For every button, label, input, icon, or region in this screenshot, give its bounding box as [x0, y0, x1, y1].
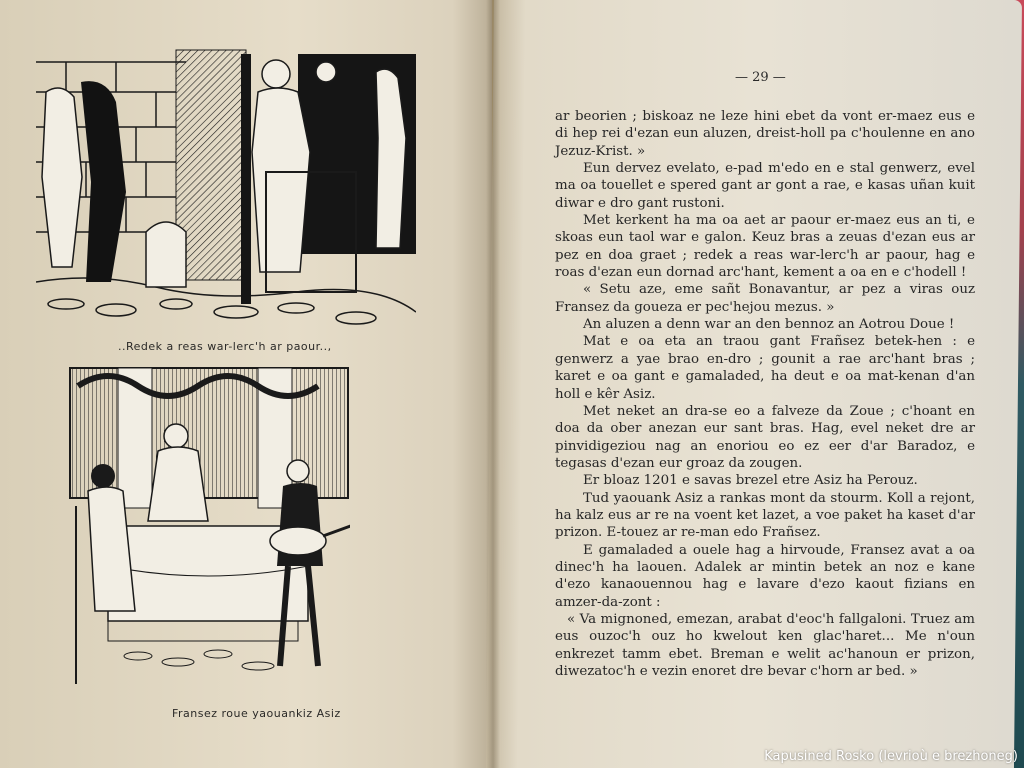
page-number: — 29 —: [735, 70, 786, 85]
paragraph: ar beorien ; biskoaz ne leze hini ebet d…: [555, 108, 975, 160]
paragraph: Tud yaouank Asiz a rankas mont da stourm…: [555, 490, 975, 542]
paragraph: An aluzen a denn war an den bennoz an Ao…: [555, 316, 975, 333]
paragraph: Mat e oa eta an traou gant Frañsez betek…: [555, 333, 975, 402]
illustration-feast-scene: [68, 366, 350, 684]
paragraph: Er bloaz 1201 e savas brezel etre Asiz h…: [555, 472, 975, 489]
illustration-beggar-scene: [36, 42, 416, 330]
paragraph: « Va mignoned, emezan, arabat d'eoc'h fa…: [555, 611, 975, 680]
watermark-credit: Kapusined Rosko (levrioù e brezhoneg): [764, 749, 1018, 764]
paragraph: E gamaladed a ouele hag a hirvoude, Fran…: [555, 542, 975, 611]
book-gutter: [486, 0, 500, 768]
paragraph: « Setu aze, eme sañt Bonavantur, ar pez …: [555, 281, 975, 316]
paragraph: Met neket an dra-se eo a falveze da Zoue…: [555, 403, 975, 472]
paragraph: Met kerkent ha ma oa aet ar paour er-mae…: [555, 212, 975, 281]
illustration-caption: ..Redek a reas war-lerc'h ar paour..,: [118, 340, 332, 353]
illustration-caption: Fransez roue yaouankiz Asiz: [172, 707, 341, 720]
paragraph: Eun dervez evelato, e-pad m'edo en e sta…: [555, 160, 975, 212]
body-text: ar beorien ; biskoaz ne leze hini ebet d…: [555, 108, 975, 680]
